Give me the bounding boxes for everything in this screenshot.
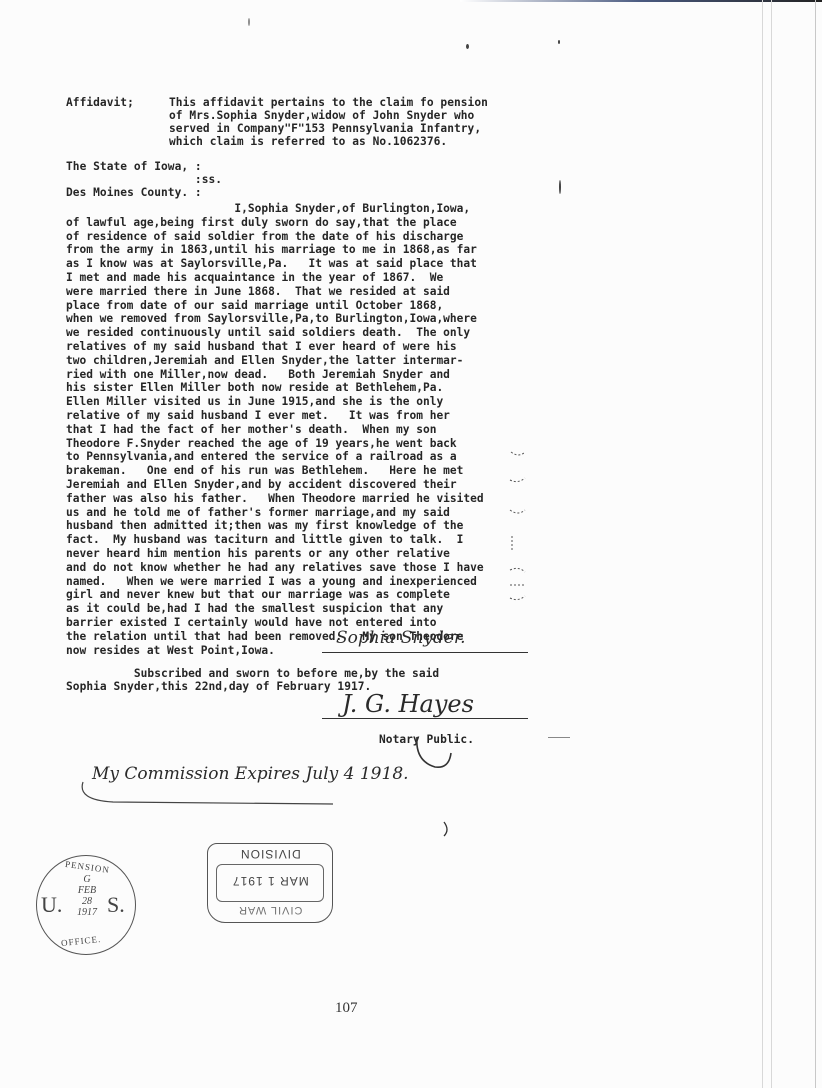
body-line: Jeremiah and Ellen Snyder,and by acciden… bbox=[66, 478, 484, 492]
body-line: his sister Ellen Miller both now reside … bbox=[66, 381, 484, 395]
body-line: relative of my said husband I ever met. … bbox=[66, 409, 484, 423]
body-line: husband then admitted it;then was my fir… bbox=[66, 519, 484, 533]
division-stamp: DIVISION MAR 1 1917 CIVIL WAR bbox=[207, 843, 333, 923]
body-line: I met and made his acquaintance in the y… bbox=[66, 271, 484, 285]
page-number: 107 bbox=[335, 1000, 358, 1017]
body-line: girl and never knew but that our marriag… bbox=[66, 588, 484, 602]
scan-edge-line bbox=[771, 0, 772, 1088]
heading-line: which claim is referred to as No.1062376… bbox=[169, 135, 447, 148]
body-line: fact. My husband was taciturn and little… bbox=[66, 533, 484, 547]
body-line: Ellen Miller visited us in June 1915,and… bbox=[66, 395, 484, 409]
body-line: from the army in 1863,until his marriage… bbox=[66, 243, 484, 257]
pension-office-stamp: PENSION U. S. G FEB 28 1917 OFFICE. bbox=[36, 855, 136, 955]
body-line: named. When we were married I was a youn… bbox=[66, 575, 484, 589]
stamp-top-arc: PENSION bbox=[65, 859, 111, 875]
stamp-us-right: S. bbox=[107, 892, 125, 918]
scan-edge bbox=[460, 0, 822, 2]
body-line: Theodore F.Snyder reached the age of 19 … bbox=[66, 437, 484, 451]
signature-line bbox=[322, 718, 528, 719]
commission-underline bbox=[75, 780, 335, 810]
affiant-signature: Sophia Snyder. bbox=[336, 628, 466, 648]
heading-line: served in Company"F"153 Pennsylvania Inf… bbox=[169, 122, 481, 135]
notary-flourish bbox=[405, 735, 455, 770]
body-line: us and he told me of father's former mar… bbox=[66, 506, 484, 520]
heading-label: Affidavit; bbox=[66, 96, 134, 109]
jurat-line: Subscribed and sworn to before me,by the… bbox=[66, 667, 439, 680]
margin-stamp-fragment bbox=[507, 450, 529, 620]
body-line: to Pennsylvania,and entered the service … bbox=[66, 450, 484, 464]
body-line: as it could be,had I had the smallest su… bbox=[66, 602, 484, 616]
body-line: father was also his father. When Theodor… bbox=[66, 492, 484, 506]
venue-line: Des Moines County. : bbox=[66, 186, 202, 199]
body-line: two children,Jeremiah and Ellen Snyder,t… bbox=[66, 354, 484, 368]
body-line: brakeman. One end of his run was Bethleh… bbox=[66, 464, 484, 478]
speck bbox=[559, 180, 561, 194]
speck bbox=[466, 44, 469, 49]
stamp-us-left: U. bbox=[41, 892, 62, 918]
body-line: as I know was at Saylorsville,Pa. It was… bbox=[66, 257, 484, 271]
heading-line: of Mrs.Sophia Snyder,widow of John Snyde… bbox=[169, 109, 474, 122]
body-line: ried with one Miller,now dead. Both Jere… bbox=[66, 368, 484, 382]
division-stamp-date: MAR 1 1917 bbox=[232, 874, 309, 888]
division-stamp-top: DIVISION bbox=[240, 847, 301, 861]
body-line: place from date of our said marriage unt… bbox=[66, 299, 484, 313]
scan-edge-line bbox=[762, 0, 763, 1088]
notary-signature: J. G. Hayes bbox=[342, 690, 474, 718]
body-line: of residence of said soldier from the da… bbox=[66, 230, 484, 244]
body-line: relatives of my said husband that I ever… bbox=[66, 340, 484, 354]
body-line: and do not know whether he had any relat… bbox=[66, 561, 484, 575]
body-line: were married there in June 1868. That we… bbox=[66, 285, 484, 299]
document-page: Affidavit; This affidavit pertains to th… bbox=[0, 0, 822, 1088]
jurat-line: Sophia Snyder,this 22nd,day of February … bbox=[66, 680, 371, 693]
stamp-date: G FEB 28 1917 bbox=[75, 874, 99, 918]
venue-line: :ss. bbox=[66, 173, 222, 186]
body-line: we resided continuously until said soldi… bbox=[66, 326, 484, 340]
body-line: when we removed from Saylorsville,Pa,to … bbox=[66, 312, 484, 326]
pen-mark bbox=[440, 820, 454, 840]
dash-mark bbox=[548, 737, 570, 738]
speck bbox=[248, 18, 250, 26]
body-line: of lawful age,being first duly sworn do … bbox=[66, 216, 484, 230]
stamp-bottom-arc: OFFICE. bbox=[61, 934, 102, 948]
scan-edge-line bbox=[815, 0, 816, 1088]
speck bbox=[558, 40, 560, 44]
body-line: that I had the fact of her mother's deat… bbox=[66, 423, 484, 437]
affidavit-body: I,Sophia Snyder,of Burlington,Iowa,of la… bbox=[66, 202, 484, 657]
body-line: I,Sophia Snyder,of Burlington,Iowa, bbox=[66, 202, 484, 216]
body-line: never heard him mention his parents or a… bbox=[66, 547, 484, 561]
signature-line bbox=[322, 652, 528, 653]
division-stamp-bottom: CIVIL WAR bbox=[238, 904, 302, 916]
heading-line: This affidavit pertains to the claim fo … bbox=[169, 96, 488, 109]
venue-line: The State of Iowa, : bbox=[66, 160, 202, 173]
